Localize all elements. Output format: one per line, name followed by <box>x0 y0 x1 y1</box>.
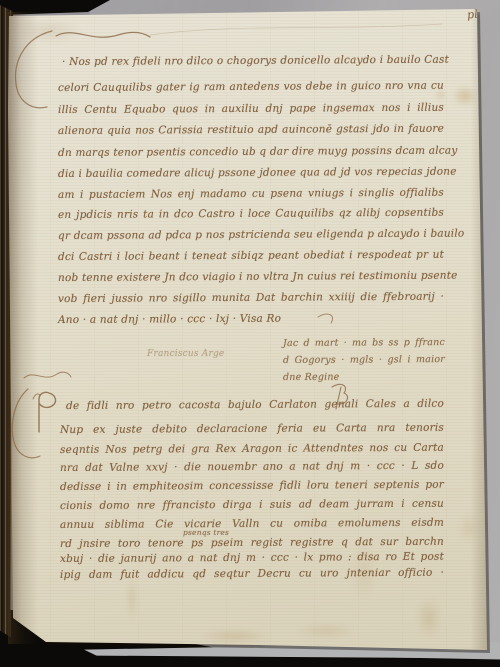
manuscript-line: Nup ex juste debito declaracione feria e… <box>60 422 444 436</box>
foxing-stain <box>294 622 358 640</box>
annotation-right-line: d Gogorys · mgls · gsl i maior <box>283 354 445 366</box>
manuscript-line: dia i bauilia comedare alicuj pssone jdo… <box>58 166 444 180</box>
annotation-right-line: dne Regine <box>283 372 340 383</box>
manuscript-line: celori Cauquilibs gater ig ram antedens … <box>58 80 444 94</box>
manuscript-line: rd jnsire toro tenore ps pseim regist re… <box>60 536 444 550</box>
gutter-shadow <box>8 12 38 644</box>
manuscript-line: qr dcam pssona ad pdca p nos pstricienda… <box>58 228 444 242</box>
annotation-left: Franciscus Arge <box>147 349 224 359</box>
manuscript-line: de fidli nro petro cacosta bajulo Carlat… <box>66 398 444 412</box>
manuscript-line: Ano · a nat dnj · millo · ccc · lxj · Vi… <box>58 313 281 326</box>
manuscript-line: vob fieri jussio nro sigillo munita Dat … <box>58 291 444 305</box>
manuscript-line: alienora quia nos Carissia restituio apd… <box>58 123 444 137</box>
foxing-stain <box>458 512 480 544</box>
manuscript-line: dedisse i in emphiteosim concessisse fid… <box>60 479 444 493</box>
manuscript-line: cionis domo nre ffrancisto dirga i suis … <box>60 498 444 512</box>
manuscript-line: am i pustaciem Nos enj madamo cu psena v… <box>58 187 444 201</box>
foxing-stain <box>14 18 84 44</box>
manuscript-line: xbuj · die janurij ano a nat dnj m · ccc… <box>60 551 444 565</box>
manuscript-line: dn marqs tenor psentis concedio ub q dar… <box>58 145 444 159</box>
crease-stain <box>126 576 138 622</box>
annotation-right-line: Jac d mart · ma bs ss p ffranc <box>283 337 445 349</box>
foxing-stain <box>416 596 442 640</box>
manuscript-line: en jpdicis nris ta in dco Castro i loce … <box>58 207 444 221</box>
interlinear-addition: psenqs tres <box>183 528 229 537</box>
manuscript-line: illis Centu Equabo quos in auxiliu dnj p… <box>58 102 444 116</box>
manuscript-line: dci Castri i loci beant i teneat sibiqz … <box>58 249 444 263</box>
foxing-stain <box>452 85 478 107</box>
manuscript-line: annuu siblima Cie vicarie Valln cu omiba… <box>60 517 444 531</box>
manuscript-line: nra dat Valne xxvj · die nouembr ano a n… <box>60 460 444 474</box>
manuscript-line: · Nos pd rex fideli nro dilco o chogorys… <box>62 54 444 68</box>
folio-mark: pl <box>466 8 478 22</box>
manuscript-line: seqntis Nos petrg dei gra Rex Aragon ic … <box>60 442 444 456</box>
manuscript-photo: pl · Nos pd rex fideli nro dilco o chogo… <box>0 0 500 667</box>
manuscript-line: nob tenne existere Jn dco viagio i no vl… <box>58 270 444 284</box>
foxing-stain <box>198 628 272 644</box>
manuscript-line: ipig dam fuit addicu qd seqtur Decru cu … <box>60 567 444 581</box>
